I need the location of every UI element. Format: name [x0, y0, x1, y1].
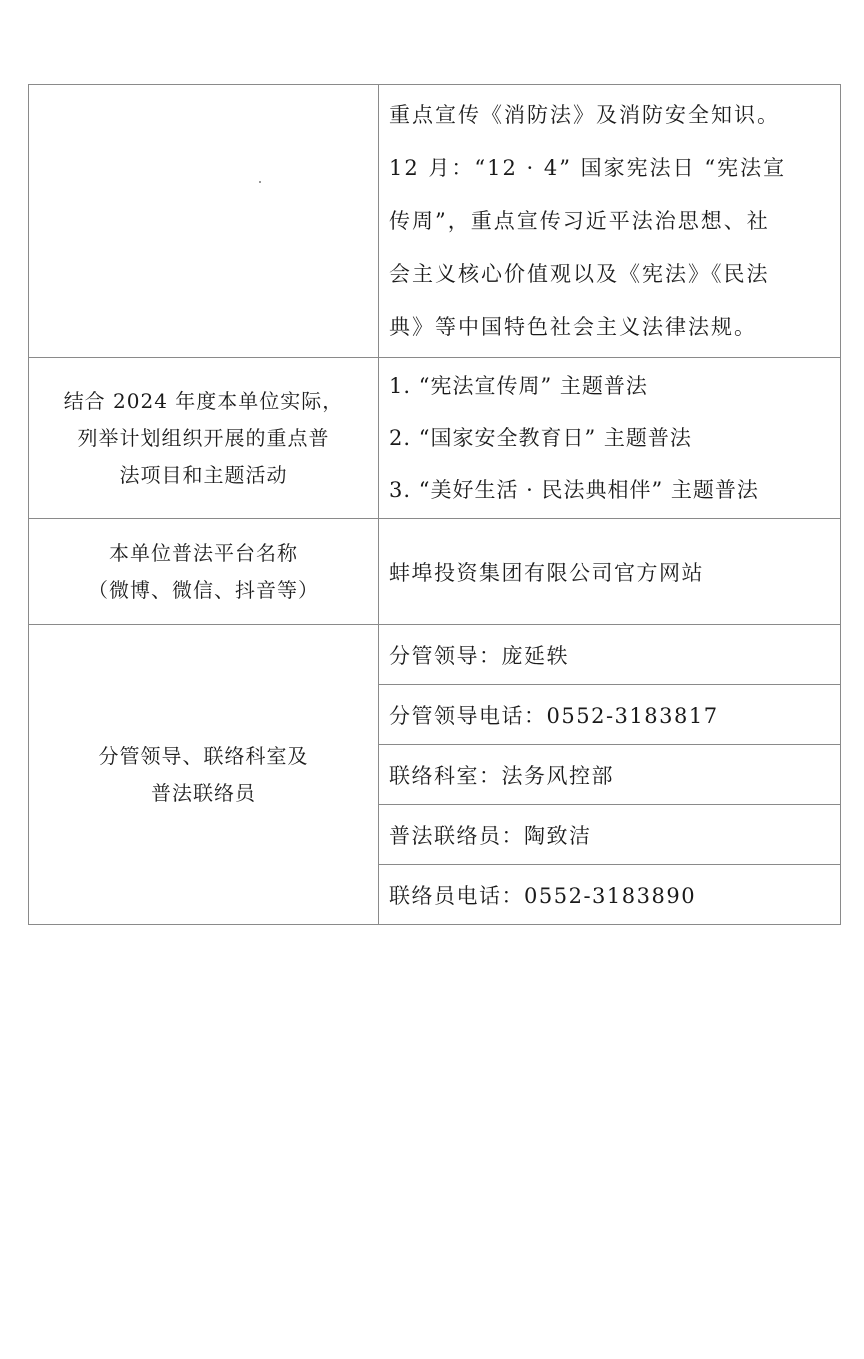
row-label-contacts: 分管领导、联络科室及 普法联络员: [29, 625, 379, 925]
label-line: 法项目和主题活动: [29, 457, 378, 494]
row-label-key-projects: 结合 2024 年度本单位实际， 列举计划组织开展的重点普 法项目和主题活动: [29, 358, 379, 519]
text-line: 典》等中国特色社会主义法律法规。: [389, 301, 840, 354]
list-item: 2. “国家安全教育日” 主题普法: [389, 412, 840, 464]
field-leader: 分管领导：庞延轶: [379, 625, 841, 685]
table-row-platform: 本单位普法平台名称 （微博、微信、抖音等） 蚌埠投资集团有限公司官方网站: [29, 519, 841, 625]
row-label-empty: [29, 85, 379, 358]
plan-table: 重点宣传《消防法》及消防安全知识。 12 月：“12 · 4” 国家宪法日 “宪…: [28, 84, 841, 925]
text-line: 12 月：“12 · 4” 国家宪法日 “宪法宣: [389, 142, 840, 195]
table-row-contacts: 分管领导、联络科室及 普法联络员 分管领导：庞延轶: [29, 625, 841, 685]
table-row-activity-schedule: 重点宣传《消防法》及消防安全知识。 12 月：“12 · 4” 国家宪法日 “宪…: [29, 85, 841, 358]
label-line: （微博、微信、抖音等）: [29, 572, 378, 609]
label-line: 结合 2024 年度本单位实际，: [29, 383, 378, 420]
label-line: 分管领导、联络科室及: [29, 738, 378, 775]
table-row-key-projects: 结合 2024 年度本单位实际， 列举计划组织开展的重点普 法项目和主题活动 1…: [29, 358, 841, 519]
field-liaison-officer: 普法联络员：陶致洁: [379, 805, 841, 865]
text-line: 传周”，重点宣传习近平法治思想、社: [389, 195, 840, 248]
list-item: 3. “美好生活 · 民法典相伴” 主题普法: [389, 464, 840, 516]
list-item: 1. “宪法宣传周” 主题普法: [389, 360, 840, 412]
label-line: 列举计划组织开展的重点普: [29, 420, 378, 457]
label-line: 普法联络员: [29, 775, 378, 812]
text-line: 会主义核心价值观以及《宪法》《民法: [389, 248, 840, 301]
field-liaison-department: 联络科室：法务风控部: [379, 745, 841, 805]
field-liaison-phone: 联络员电话：0552-3183890: [379, 865, 841, 925]
row-label-platform: 本单位普法平台名称 （微博、微信、抖音等）: [29, 519, 379, 625]
activity-schedule-text: 重点宣传《消防法》及消防安全知识。 12 月：“12 · 4” 国家宪法日 “宪…: [379, 85, 841, 358]
field-leader-phone: 分管领导电话：0552-3183817: [379, 685, 841, 745]
platform-name: 蚌埠投资集团有限公司官方网站: [379, 519, 841, 625]
text-line: 重点宣传《消防法》及消防安全知识。: [389, 89, 840, 142]
key-projects-list: 1. “宪法宣传周” 主题普法 2. “国家安全教育日” 主题普法 3. “美好…: [379, 358, 841, 519]
label-line: 本单位普法平台名称: [29, 535, 378, 572]
